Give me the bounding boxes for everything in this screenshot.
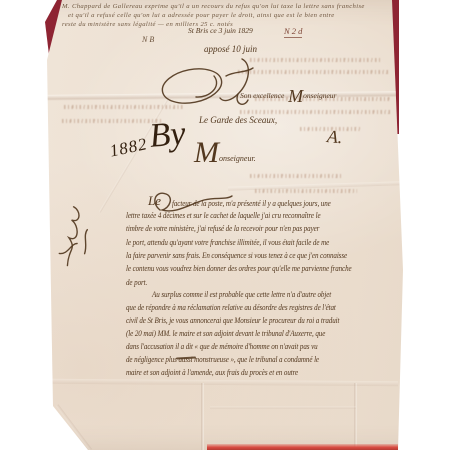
- body-line: timbre de votre ministère, j'ai refusé d…: [126, 224, 319, 233]
- red-edge-bottom: [207, 444, 398, 450]
- salutation-initial: M: [288, 86, 303, 106]
- lead-cap: Le: [148, 193, 161, 208]
- fold-crease: [210, 406, 356, 409]
- docket-line-1: M. Chappard de Gallereau exprime qu'il a…: [62, 3, 365, 10]
- approval-note: apposé 10 juin: [204, 44, 257, 54]
- body-lead-word: Le: [148, 192, 161, 210]
- paraph-by: By: [148, 115, 187, 156]
- monseigneur-line: Monseigneur.: [194, 136, 256, 170]
- body-line: de port.: [126, 278, 147, 287]
- photo-frame: M. Chappard de Gallereau exprime qu'il a…: [0, 0, 450, 450]
- verso-line: [250, 174, 342, 178]
- salutation-rest: onseigneur: [303, 91, 336, 100]
- initial-mark: A.: [326, 126, 343, 148]
- verso-line: [255, 189, 357, 193]
- docket-line-2: et qu'il a refusé celle qu'on lui a adre…: [68, 12, 335, 19]
- body-line: (le 20 mai) MM. le maire et son adjoint …: [126, 329, 325, 338]
- body-line: lettre taxée 4 décimes et sur le cachet …: [126, 211, 321, 220]
- verso-line: [240, 110, 390, 114]
- body-line: civil de St Bris, je vous annoncerai que…: [126, 316, 339, 325]
- reference-mark: N 2 d: [284, 26, 302, 38]
- body-line: dans l'accusation il a dit « que de mémo…: [126, 342, 318, 351]
- salutation-text: Son excellence: [240, 91, 284, 100]
- fold-crease: [354, 383, 357, 450]
- body-line: de négligence plus aussi monstrueuse », …: [126, 355, 319, 364]
- numbering-mark: N B: [142, 35, 154, 44]
- body-line: facteur de la poste, m'a présenté il y a…: [172, 199, 331, 208]
- body-line: le port, attendu qu'ayant votre franchis…: [126, 238, 329, 247]
- body-line: Au surplus comme il est probable que cet…: [152, 290, 331, 299]
- monseigneur-initial: M: [194, 136, 219, 169]
- verso-line: [62, 119, 162, 123]
- body-line: le contenu vous voudrez bien donner des …: [126, 264, 352, 273]
- fold-crease: [201, 383, 204, 450]
- salutation: Son excellence Monseigneur: [240, 86, 336, 107]
- monseigneur-rest: onseigneur.: [219, 154, 256, 163]
- recipient-title: Le Garde des Sceaux,: [199, 115, 277, 125]
- body-line: maire et son adjoint à l'amende, aux fra…: [126, 368, 298, 377]
- verso-line: [250, 58, 380, 62]
- body-line: la faire parvenir sans frais. En conséqu…: [126, 251, 347, 260]
- body-line: que de répondre à ma réclamation relativ…: [126, 303, 336, 312]
- margin-scrawl-flourish: [48, 198, 100, 270]
- dateline: St Bris ce 3 juin 1829: [188, 26, 253, 35]
- letter-paper: M. Chappard de Gallereau exprime qu'il a…: [0, 0, 450, 450]
